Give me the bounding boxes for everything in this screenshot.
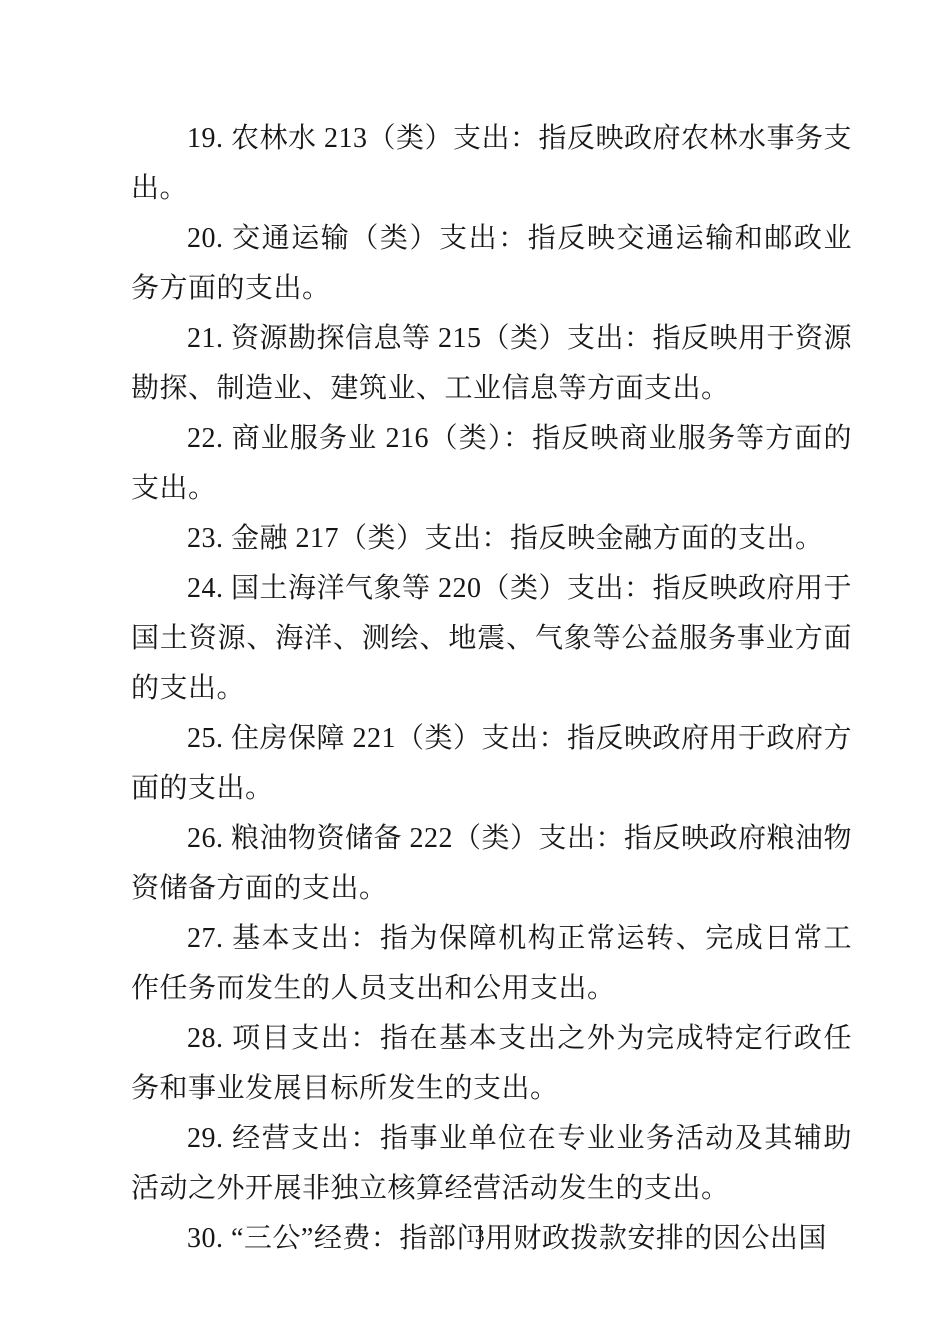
paragraph-item-29: 29. 经营支出：指事业单位在专业业务活动及其辅助活动之外开展非独立核算经营活动… [131, 1114, 852, 1214]
document-page: 19. 农林水 213（类）支出：指反映政府农林水事务支出。 20. 交通运输（… [0, 0, 950, 1343]
document-body: 19. 农林水 213（类）支出：指反映政府农林水事务支出。 20. 交通运输（… [131, 114, 852, 1264]
page-footer: 13 [0, 1226, 950, 1248]
paragraph-item-23: 23. 金融 217（类）支出：指反映金融方面的支出。 [131, 514, 852, 564]
paragraph-item-24: 24. 国土海洋气象等 220（类）支出：指反映政府用于国土资源、海洋、测绘、地… [131, 564, 852, 714]
paragraph-item-19: 19. 农林水 213（类）支出：指反映政府农林水事务支出。 [131, 114, 852, 214]
paragraph-item-28: 28. 项目支出：指在基本支出之外为完成特定行政任务和事业发展目标所发生的支出。 [131, 1014, 852, 1114]
paragraph-item-21: 21. 资源勘探信息等 215（类）支出：指反映用于资源勘探、制造业、建筑业、工… [131, 314, 852, 414]
paragraph-item-26: 26. 粮油物资储备 222（类）支出：指反映政府粮油物资储备方面的支出。 [131, 814, 852, 914]
paragraph-item-20: 20. 交通运输（类）支出：指反映交通运输和邮政业务方面的支出。 [131, 214, 852, 314]
paragraph-item-22: 22. 商业服务业 216（类）：指反映商业服务等方面的支出。 [131, 414, 852, 514]
page-number: 13 [466, 1226, 485, 1247]
paragraph-item-27: 27. 基本支出：指为保障机构正常运转、完成日常工作任务而发生的人员支出和公用支… [131, 914, 852, 1014]
paragraph-item-25: 25. 住房保障 221（类）支出：指反映政府用于政府方面的支出。 [131, 714, 852, 814]
